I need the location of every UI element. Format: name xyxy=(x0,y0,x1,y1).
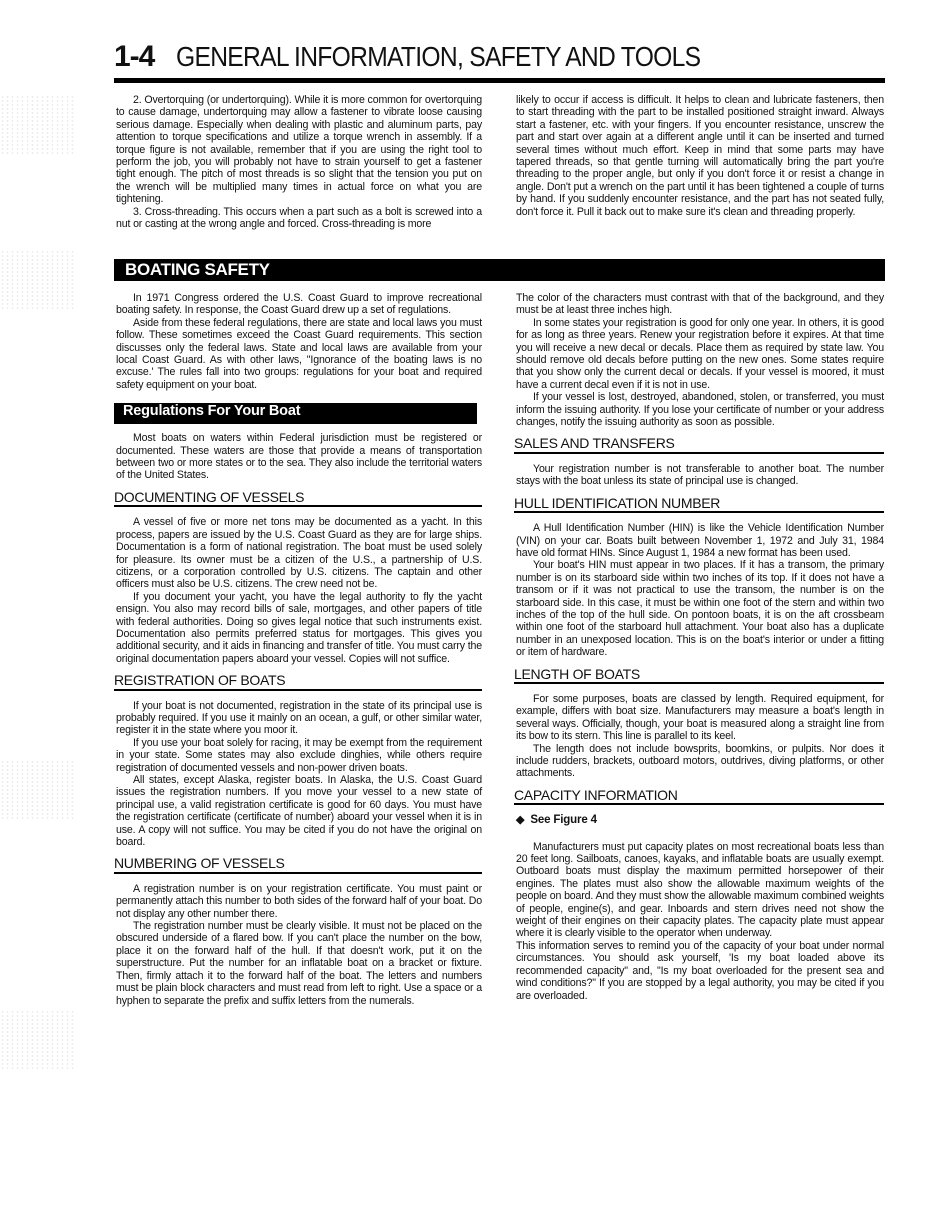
paragraph: If you document your yacht, you have the… xyxy=(116,591,482,665)
paragraph: The length does not include bowsprits, b… xyxy=(516,743,884,780)
section-heading: BOATING SAFETY xyxy=(125,260,270,280)
paragraph: This information serves to remind you of… xyxy=(516,940,884,1002)
paragraph: likely to occur if access is difficult. … xyxy=(516,94,884,218)
paragraph: Aside from these federal regulations, th… xyxy=(116,317,482,391)
paragraph: A vessel of five or more net tons may be… xyxy=(116,516,482,590)
paragraph: For some purposes, boats are classed by … xyxy=(516,693,884,743)
paragraph: Your registration number is not transfer… xyxy=(516,463,884,488)
subheading-documenting: DOCUMENTING OF VESSELS xyxy=(114,491,482,507)
paragraph: The color of the characters must contras… xyxy=(516,292,884,317)
page-title: GENERAL INFORMATION, SAFETY AND TOOLS xyxy=(176,41,700,73)
see-figure-reference[interactable]: ◆See Figure 4 xyxy=(516,814,884,826)
paragraph: A registration number is on your registr… xyxy=(116,883,482,920)
subheading-capacity: CAPACITY INFORMATION xyxy=(514,789,884,805)
paragraph: A Hull Identification Number (HIN) is li… xyxy=(516,522,884,559)
subheading-registration: REGISTRATION OF BOATS xyxy=(114,674,482,690)
page-number: 1-4 xyxy=(114,40,154,74)
section-banner-boating-safety: BOATING SAFETY xyxy=(114,259,885,281)
paragraph: If your boat is not documented, registra… xyxy=(116,700,482,737)
page-header: 1-4GENERAL INFORMATION, SAFETY AND TOOLS xyxy=(114,40,884,74)
scan-noise xyxy=(0,760,75,820)
paragraph: In some states your registration is good… xyxy=(516,317,884,391)
left-column: In 1971 Congress ordered the U.S. Coast … xyxy=(116,292,482,1007)
paragraph: If your vessel is lost, destroyed, aband… xyxy=(516,391,884,428)
paragraph: In 1971 Congress ordered the U.S. Coast … xyxy=(116,292,482,317)
paragraph: Manufacturers must put capacity plates o… xyxy=(516,841,884,940)
intro-left-column: 2. Overtorquing (or undertorquing). Whil… xyxy=(116,94,482,230)
scan-noise xyxy=(0,250,75,310)
header-rule xyxy=(114,78,885,83)
intro-right-column: likely to occur if access is difficult. … xyxy=(516,94,884,218)
diamond-bullet-icon: ◆ xyxy=(516,814,524,826)
paragraph: The registration number must be clearly … xyxy=(116,920,482,1007)
subheading-hull: HULL IDENTIFICATION NUMBER xyxy=(514,497,884,513)
scan-noise xyxy=(0,1010,75,1070)
see-figure-label: See Figure 4 xyxy=(530,814,597,826)
right-column: The color of the characters must contras… xyxy=(516,292,884,1002)
paragraph: All states, except Alaska, register boat… xyxy=(116,774,482,848)
subheading-numbering: NUMBERING OF VESSELS xyxy=(114,857,482,873)
section-heading: Regulations For Your Boat xyxy=(123,405,300,417)
paragraph: Most boats on waters within Federal juri… xyxy=(116,432,482,482)
subheading-length: LENGTH OF BOATS xyxy=(514,668,884,684)
paragraph: Your boat's HIN must appear in two place… xyxy=(516,559,884,658)
paragraph: 2. Overtorquing (or undertorquing). Whil… xyxy=(116,94,482,206)
scan-noise xyxy=(0,95,75,155)
subheading-sales: SALES AND TRANSFERS xyxy=(514,437,884,453)
paragraph: 3. Cross-threading. This occurs when a p… xyxy=(116,206,482,231)
section-banner-regulations: Regulations For Your Boat xyxy=(114,403,477,424)
paragraph: If you use your boat solely for racing, … xyxy=(116,737,482,774)
